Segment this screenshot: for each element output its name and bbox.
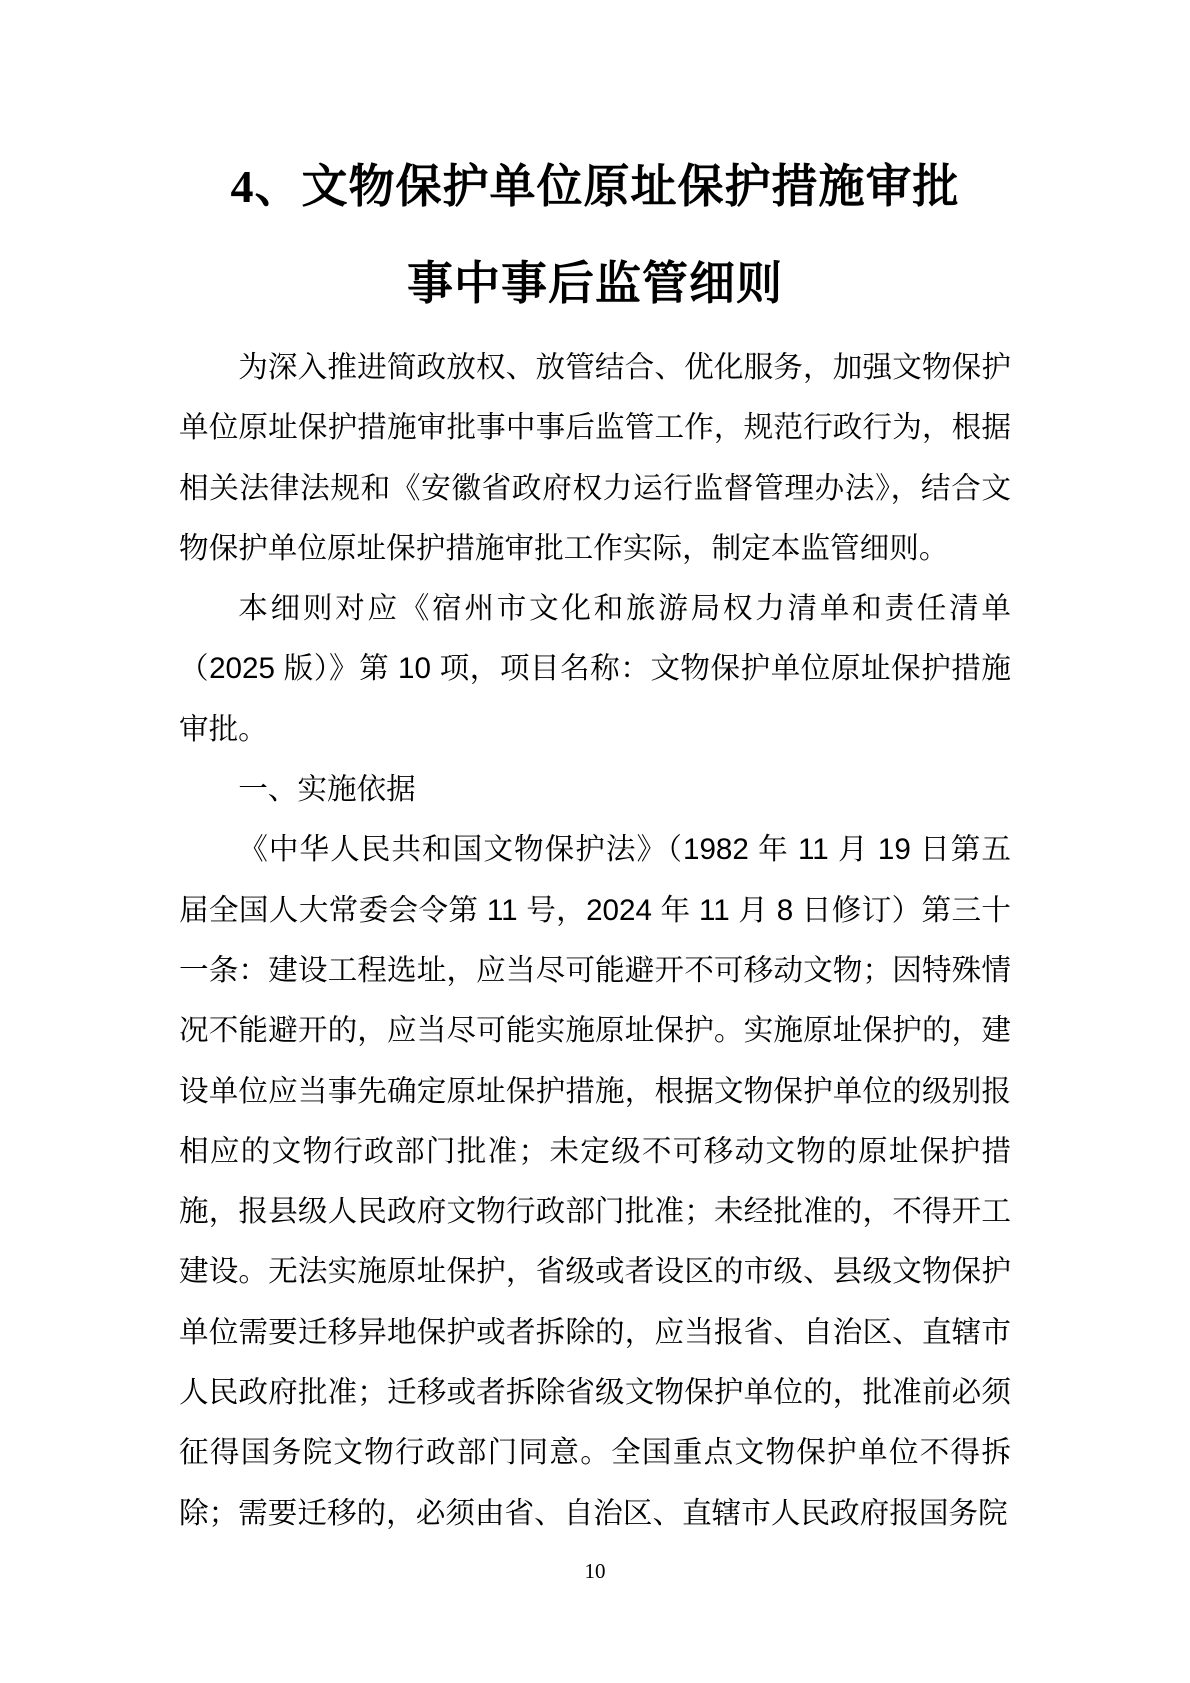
body-section-heading-implementation-basis: 一、实施依据 (179, 760, 1011, 820)
body-paragraph-legal-basis: 《中华人民共和国文物保护法》（1982 年 11 月 19 日第五届全国人大常委… (179, 820, 1011, 1544)
document-title: 4、文物保护单位原址保护措施审批 事中事后监管细则 (175, 138, 1015, 332)
document-title-line-2: 事中事后监管细则 (175, 235, 1015, 332)
page-number: 10 (0, 1556, 1190, 1586)
document-body: 为深入推进简政放权、放管结合、优化服务，加强文物保护单位原址保护措施审批事中事后… (179, 338, 1011, 1544)
document-page: 4、文物保护单位原址保护措施审批 事中事后监管细则 为深入推进简政放权、放管结合… (0, 0, 1190, 1683)
body-paragraph-intro: 为深入推进简政放权、放管结合、优化服务，加强文物保护单位原址保护措施审批事中事后… (179, 338, 1011, 579)
body-paragraph-list-reference: 本细则对应《宿州市文化和旅游局权力清单和责任清单（2025 版）》第 10 项，… (179, 579, 1011, 760)
document-title-line-1: 4、文物保护单位原址保护措施审批 (175, 138, 1015, 235)
